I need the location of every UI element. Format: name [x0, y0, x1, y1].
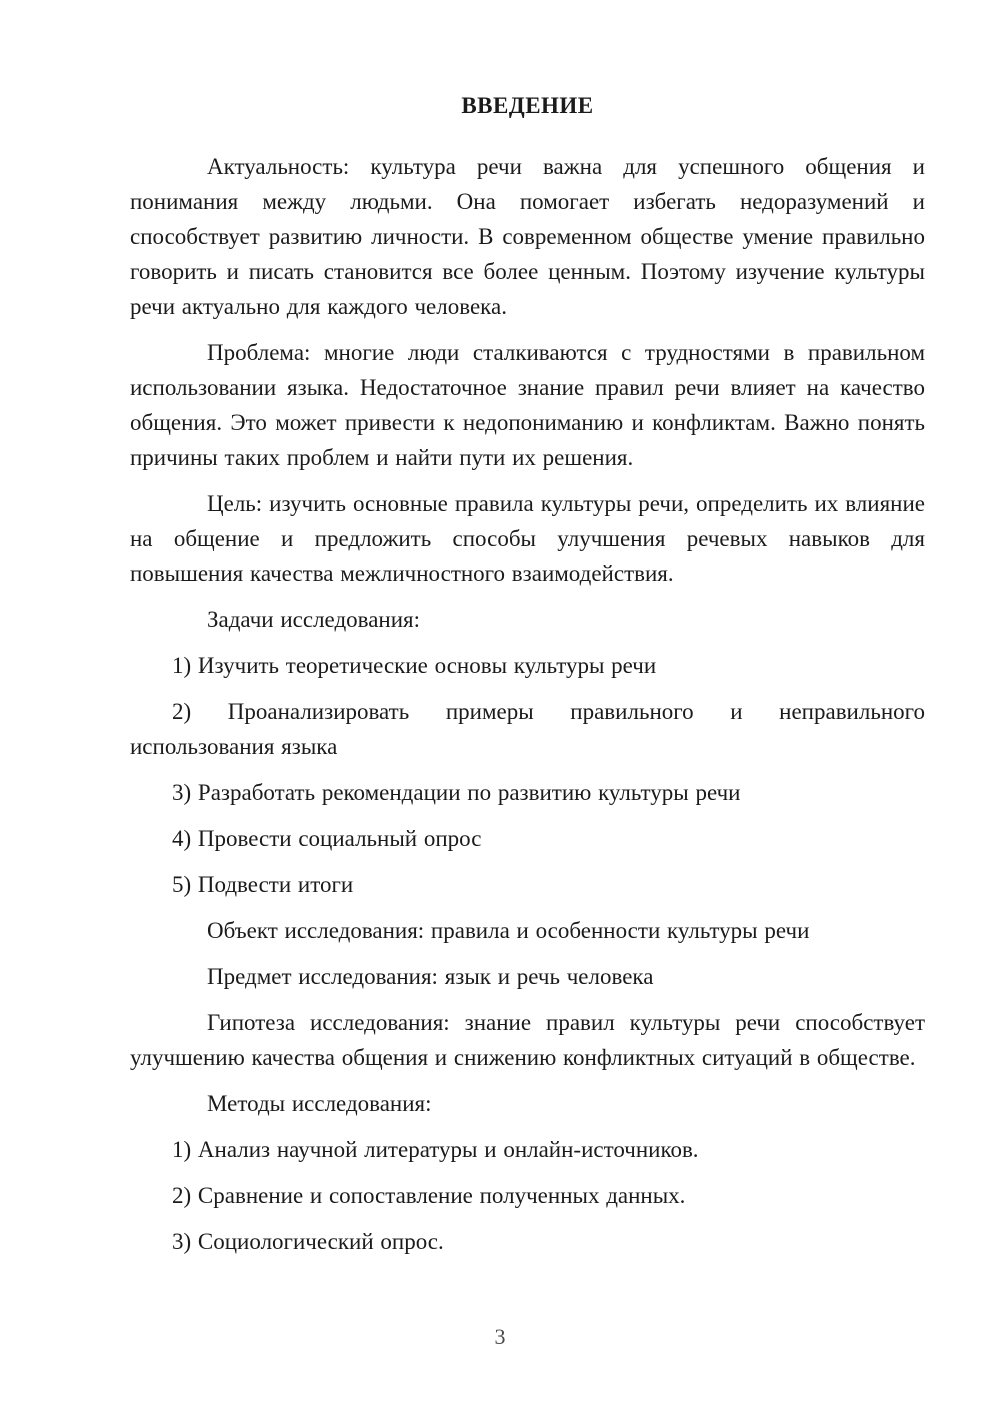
object-paragraph: Объект исследования: правила и особеннос… — [130, 913, 925, 948]
task-item-5: 5) Подвести итоги — [130, 867, 925, 902]
intro-paragraph: Актуальность: культура речи важна для ус… — [130, 149, 925, 324]
task-item-4: 4) Провести социальный опрос — [130, 821, 925, 856]
hypothesis-paragraph: Гипотеза исследования: знание правил кул… — [130, 1005, 925, 1075]
document-page: ВВЕДЕНИЕ Актуальность: культура речи важ… — [0, 0, 1000, 1414]
tasks-heading: Задачи исследования: — [130, 602, 925, 637]
problem-paragraph: Проблема: многие люди сталкиваются с тру… — [130, 335, 925, 475]
goal-paragraph: Цель: изучить основные правила культуры … — [130, 486, 925, 591]
page-number: 3 — [0, 1322, 1000, 1352]
task-item-1: 1) Изучить теоретические основы культуры… — [130, 648, 925, 683]
task-item-2: 2) Проанализировать примеры правильного … — [130, 694, 925, 764]
methods-heading: Методы исследования: — [130, 1086, 925, 1121]
method-item-1: 1) Анализ научной литературы и онлайн-ис… — [130, 1132, 925, 1167]
task-item-3: 3) Разработать рекомендации по развитию … — [130, 775, 925, 810]
method-item-2: 2) Сравнение и сопоставление полученных … — [130, 1178, 925, 1213]
subject-paragraph: Предмет исследования: язык и речь челове… — [130, 959, 925, 994]
page-title: ВВЕДЕНИЕ — [130, 88, 925, 123]
method-item-3: 3) Социологический опрос. — [130, 1224, 925, 1259]
